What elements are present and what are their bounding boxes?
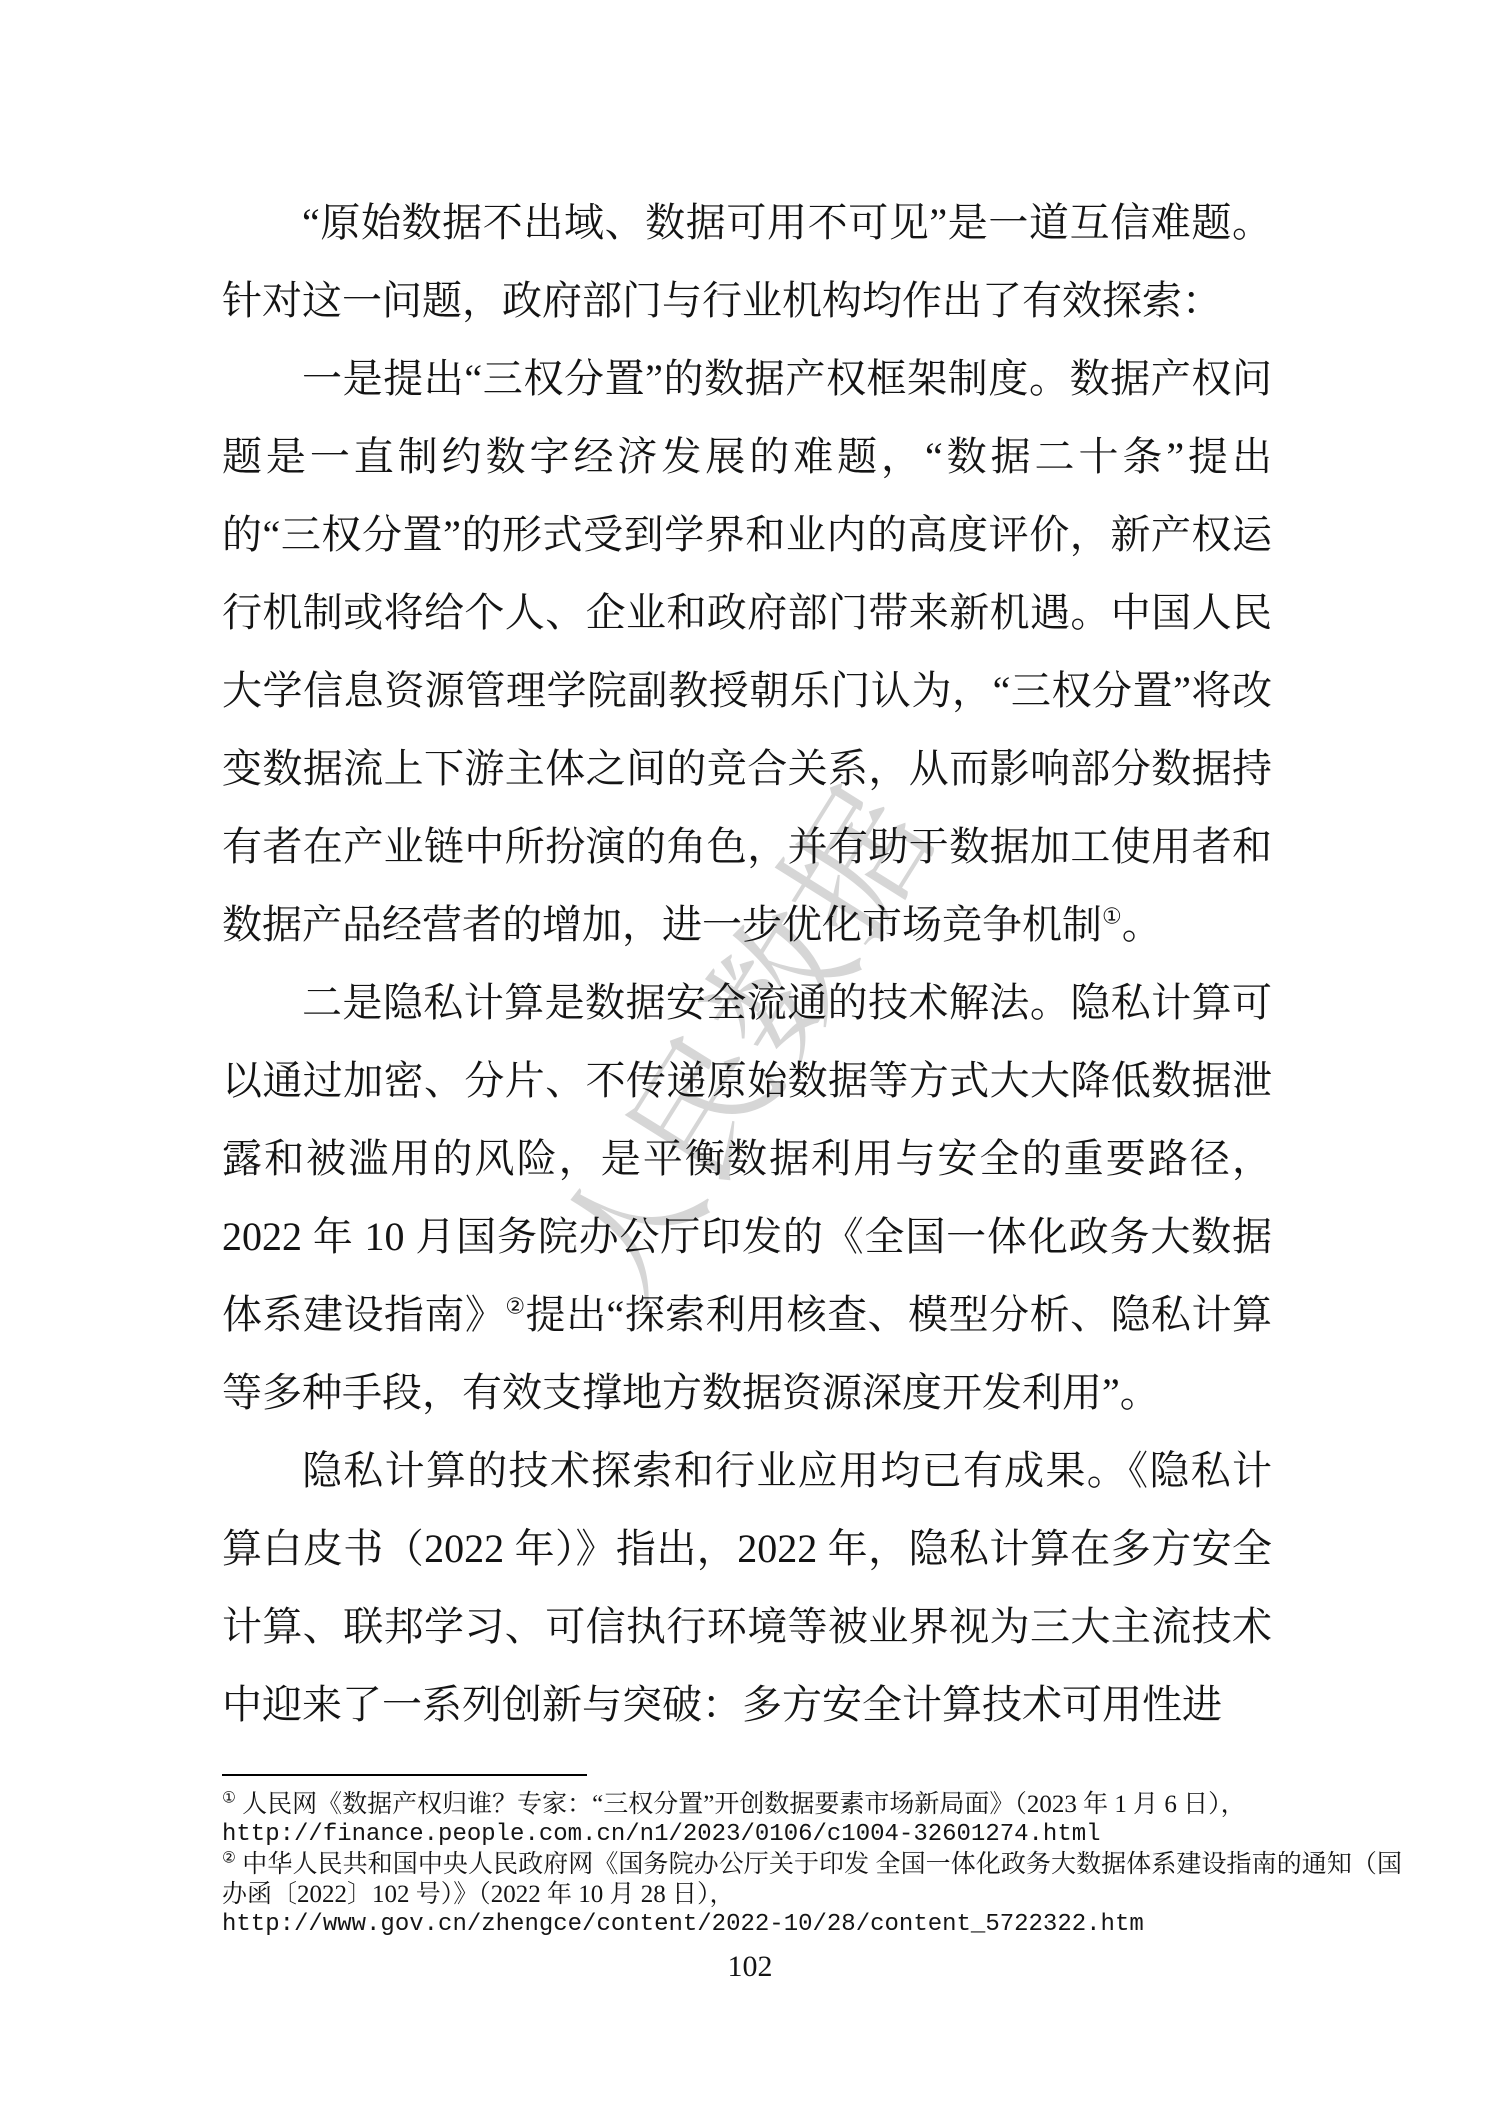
paragraph-text: 。: [1122, 902, 1162, 947]
footnote-text: 中华人民共和国中央人民政府网《国务院办公厅关于印发 全国一体化政务大数据体系建设…: [222, 1851, 1402, 1908]
footnote-url: http://www.gov.cn/zhengce/content/2022-1…: [222, 1910, 1402, 1940]
paragraph: 二是隐私计算是数据安全流通的技术解法。隐私计算可以通过加密、分片、不传递原始数据…: [222, 964, 1272, 1432]
footnotes: ① 人民网《数据产权归谁？专家：“三权分置”开创数据要素市场新局面》（2023 …: [222, 1790, 1402, 1940]
paragraph-text: 隐私计算的技术探索和行业应用均已有成果。《隐私计算白皮书（2022 年）》指出，…: [222, 1448, 1272, 1727]
footnote-separator: [222, 1774, 587, 1776]
paragraph: 一是提出“三权分置”的数据产权框架制度。数据产权问题是一直制约数字经济发展的难题…: [222, 340, 1272, 964]
paragraph: “原始数据不出域、数据可用不可见”是一道互信难题。针对这一问题，政府部门与行业机…: [222, 184, 1272, 340]
paragraph: 隐私计算的技术探索和行业应用均已有成果。《隐私计算白皮书（2022 年）》指出，…: [222, 1432, 1272, 1744]
footnote: ① 人民网《数据产权归谁？专家：“三权分置”开创数据要素市场新局面》（2023 …: [222, 1790, 1402, 1820]
footnote-url: http://finance.people.com.cn/n1/2023/010…: [222, 1820, 1402, 1850]
footnote-reference: ②: [505, 1294, 525, 1319]
footnote-marker: ①: [222, 1790, 236, 1807]
document-page: 人民数据 “原始数据不出域、数据可用不可见”是一道互信难题。针对这一问题，政府部…: [0, 0, 1500, 2121]
paragraph-text: 一是提出“三权分置”的数据产权框架制度。数据产权问题是一直制约数字经济发展的难题…: [222, 356, 1272, 947]
footnote-text: 人民网《数据产权归谁？专家：“三权分置”开创数据要素市场新局面》（2023 年 …: [236, 1791, 1246, 1818]
paragraph-text: 二是隐私计算是数据安全流通的技术解法。隐私计算可以通过加密、分片、不传递原始数据…: [222, 980, 1272, 1337]
footnote-marker: ②: [222, 1850, 236, 1867]
body-text: “原始数据不出域、数据可用不可见”是一道互信难题。针对这一问题，政府部门与行业机…: [222, 184, 1272, 1744]
footnote-reference: ①: [1102, 904, 1122, 929]
paragraph-text: “原始数据不出域、数据可用不可见”是一道互信难题。针对这一问题，政府部门与行业机…: [222, 200, 1272, 323]
footnote: ② 中华人民共和国中央人民政府网《国务院办公厅关于印发 全国一体化政务大数据体系…: [222, 1850, 1402, 1910]
page-number: 102: [0, 1950, 1500, 1984]
